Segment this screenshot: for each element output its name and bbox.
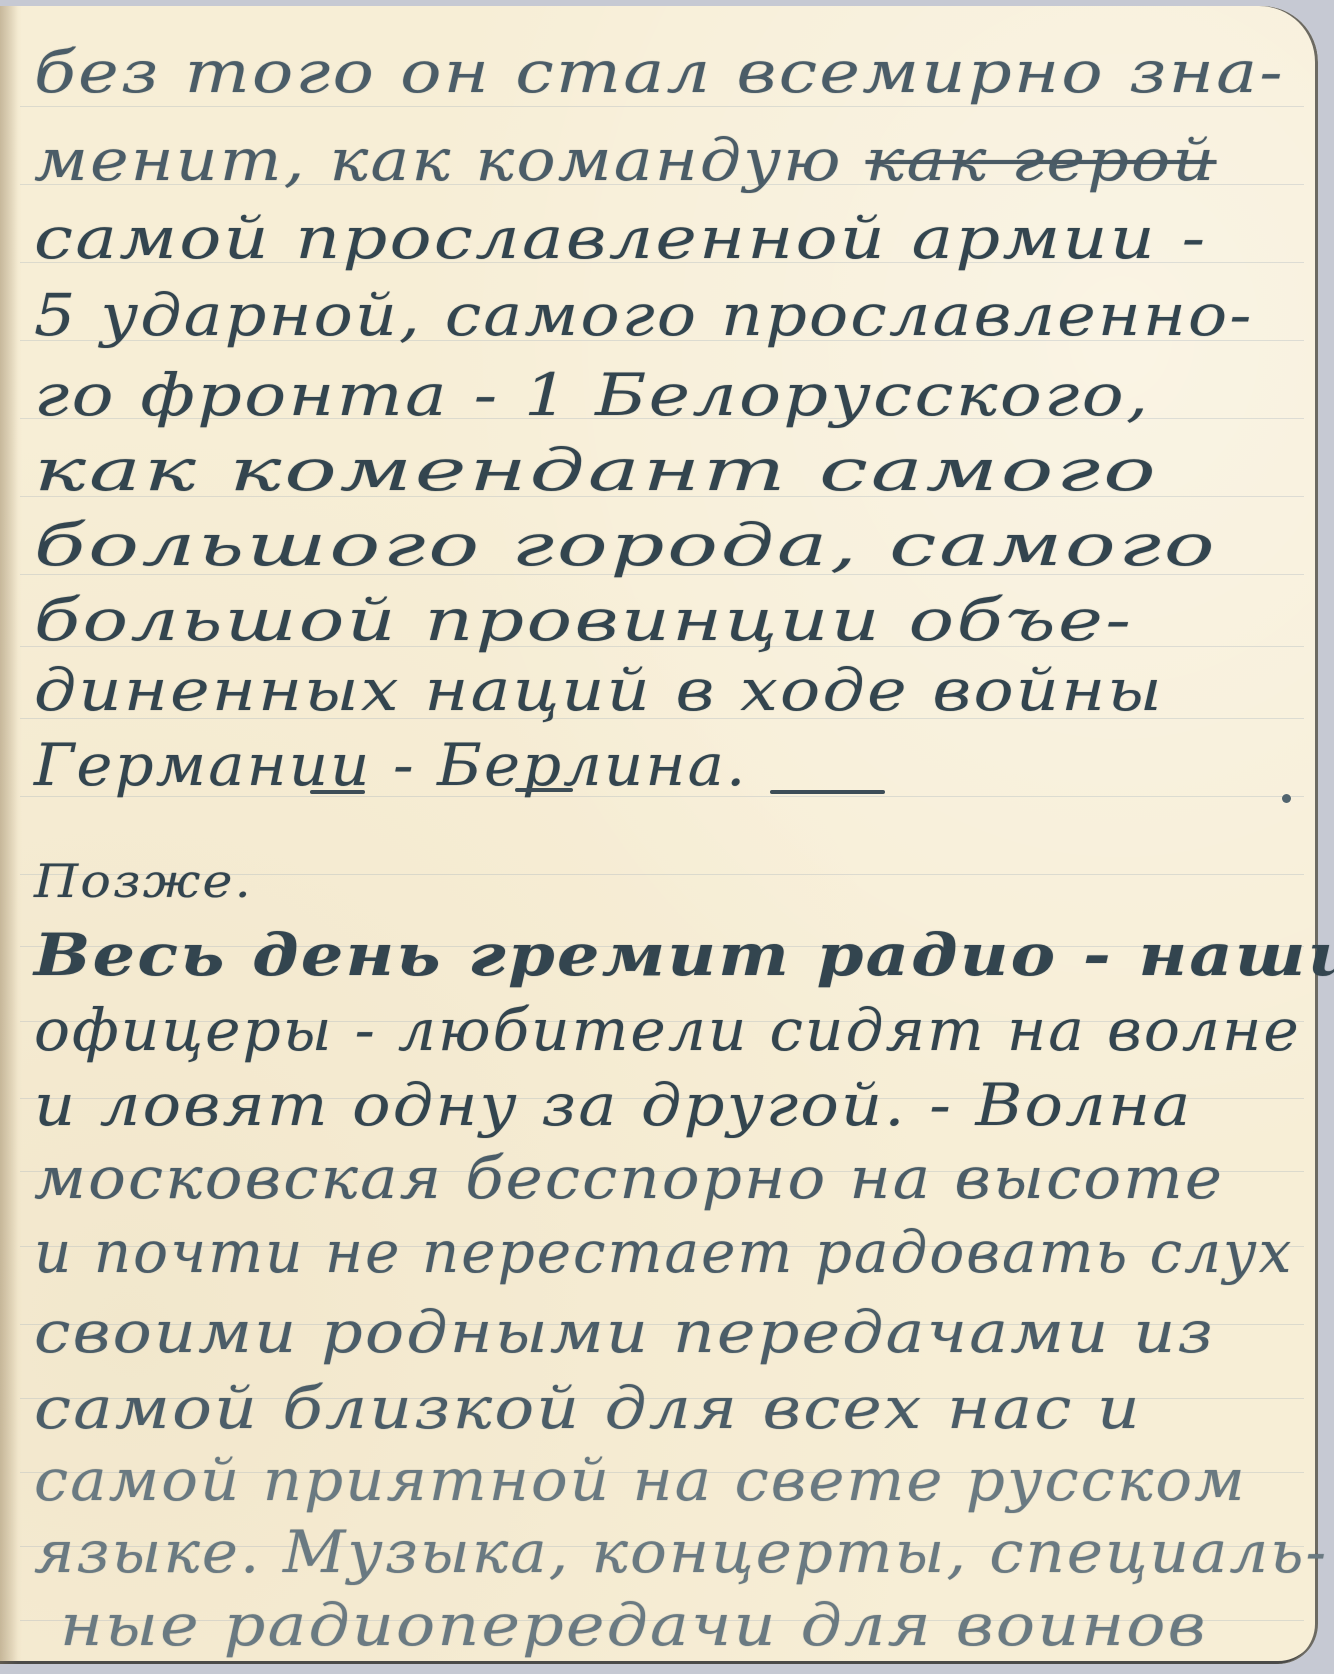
line-text: диненных наций в ходе войны — [34, 656, 1164, 724]
handwritten-line: самой приятной на свете русском — [34, 1446, 1247, 1514]
handwritten-line: самой прославленной армии - — [34, 204, 1208, 272]
handwritten-line: го фронта - 1 Белорусского, — [34, 361, 1151, 429]
handwritten-line: Весь день гремит радио - наши — [34, 921, 1334, 989]
section-heading: Позже. — [34, 854, 253, 908]
line-text: 5 ударной, самого прославленно- — [34, 281, 1254, 349]
line-text: как комендант самого — [34, 436, 1159, 504]
scanned-notebook-page: без того он стал всемирно зна- менит, ка… — [0, 0, 1334, 1674]
binding-shadow — [0, 6, 18, 1664]
line-text: го фронта - 1 Белорусского, — [34, 361, 1151, 429]
separator-dash — [770, 790, 885, 794]
handwritten-line: диненных наций в ходе войны — [34, 656, 1164, 724]
handwritten-line: 5 ударной, самого прославленно- — [34, 281, 1254, 349]
handwritten-line: большой провинции объе- — [34, 586, 1133, 654]
handwritten-line: и почти не перестает радовать слух — [34, 1218, 1293, 1286]
line-text: Германии - Берлина. — [34, 731, 747, 799]
line-text: Весь день гремит радио - наши — [34, 921, 1334, 989]
ruled-line — [20, 106, 1304, 107]
separator-dash — [515, 788, 573, 792]
line-text: большого города, самого — [34, 511, 1217, 579]
handwritten-line: менит, как командую как герой — [34, 126, 1216, 194]
line-text: офицеры - любители сидят на волне — [34, 996, 1301, 1064]
line-text: самой прославленной армии - — [34, 204, 1208, 272]
line-text: менит, как командую — [34, 126, 843, 194]
handwritten-line: самой близкой для всех нас и — [34, 1374, 1142, 1442]
separator-dash — [310, 790, 365, 794]
line-text: самой приятной на свете русском — [34, 1446, 1247, 1514]
line-text: и почти не перестает радовать слух — [34, 1218, 1293, 1286]
ink-spot — [1282, 794, 1291, 803]
line-text: языке. Музыка, концерты, специаль- — [34, 1518, 1328, 1586]
handwritten-line: своими родными передачами из — [34, 1298, 1215, 1366]
line-text: и ловят одну за другой. - Волна — [34, 1071, 1192, 1139]
struck-out-text: как герой — [866, 126, 1217, 194]
paper-sheet: без того он стал всемирно зна- менит, ка… — [0, 6, 1318, 1664]
handwritten-line: офицеры - любители сидят на волне — [34, 996, 1301, 1064]
line-text: большой провинции объе- — [34, 586, 1133, 654]
heading-text: Позже. — [34, 854, 253, 908]
handwritten-line: и ловят одну за другой. - Волна — [34, 1071, 1192, 1139]
handwritten-line: языке. Музыка, концерты, специаль- — [34, 1518, 1328, 1586]
handwritten-line: как комендант самого — [34, 436, 1159, 504]
line-text: московская бесспорно на высоте — [34, 1144, 1224, 1212]
line-text: своими родными передачами из — [34, 1298, 1215, 1366]
line-text: самой близкой для всех нас и — [34, 1374, 1142, 1442]
handwritten-line: Германии - Берлина. — [34, 731, 747, 799]
handwritten-line: без того он стал всемирно зна- — [34, 38, 1285, 106]
line-text: ные радиопередачи для воинов — [60, 1591, 1208, 1659]
handwritten-line: большого города, самого — [34, 511, 1217, 579]
line-text: без того он стал всемирно зна- — [34, 38, 1285, 106]
handwritten-line: московская бесспорно на высоте — [34, 1144, 1224, 1212]
handwritten-line: ные радиопередачи для воинов — [60, 1591, 1208, 1659]
